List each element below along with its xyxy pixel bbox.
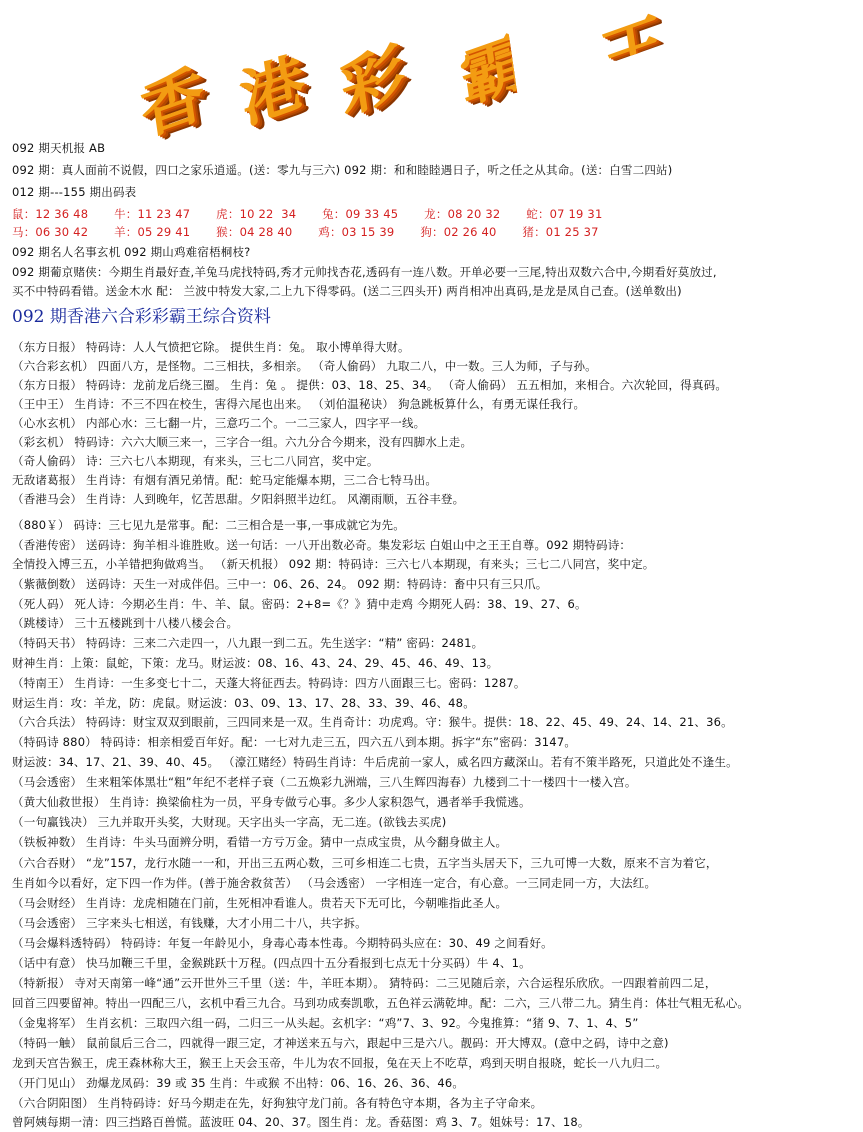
tianjibao-line: 092 期天机报 AB (12, 140, 105, 156)
info-line: （香港传密） 送码诗：狗羊相斗谁胜败。送一句话：一八开出数必奇。集发彩坛 白姐山… (12, 537, 631, 553)
info-line: （东方日报） 特码诗：龙前龙后绕三圈。 生肖：兔 。 提供：03、18、25、3… (12, 377, 727, 393)
info-line: （彩玄机） 特码诗：六六大顺三来一，三字合一组。六九分合今期来，没有四脚水上走。 (12, 434, 472, 450)
info-line: （马会透密） 生来粗笨体黑壮“粗”年纪不老样子衰（二五焕彩九洲端，三八生辉四海春… (12, 774, 637, 790)
info-line: （话中有意） 快马加鞭三千里，金猴跳跃十万程。(四点四十五分看报到七点无十分买码… (12, 955, 531, 971)
banner-char: 彩 (334, 21, 410, 132)
info-line: （香港马会） 生肖诗：人到晚年，忆苦思甜。夕阳斜照半边红。 风潮雨顺，五谷丰登。 (12, 491, 464, 507)
info-line: （特码天书） 特码诗：三来二六走四一，八九跟一到二五。先生送字：“精” 密码：2… (12, 635, 483, 651)
info-line: （六合兵法） 特码诗：财宝双双到眼前，三四同来是一双。生肖奇计：功虎鸡。守：猴牛… (12, 714, 733, 730)
info-line: （紫薇倒数） 送码诗：天生一对成伴侣。三中一：06、26、24。 092 期：特… (12, 576, 548, 592)
info-line: 龙到天宫告猴王，虎王森林称大王，猴王上天会玉帝，牛儿为农不回报，兔在天上不吃草，… (12, 1055, 667, 1071)
zodiac-entry: 龙：08 20 32 (424, 206, 500, 222)
banner-char: 霸 (454, 11, 530, 122)
zodiac-entry: 狗：02 26 40 (420, 224, 496, 240)
zodiac-row-2: 马：06 30 42 羊：05 29 41 猴：04 28 40 鸡：03 15… (12, 224, 621, 240)
info-line: （东方日报） 特码诗：人人气愤把它除。 提供生肖：兔。 取小博单得大财。 (12, 339, 410, 355)
zodiac-entry: 牛：11 23 47 (114, 206, 190, 222)
info-line: （死人码） 死人诗：今期必生肖：牛、羊、鼠。密码：2+8=《？》猜中走鸡 今期死… (12, 596, 587, 612)
info-line: （马会透密） 三字来头七相送，有钱赚，大才小用二十八，共字拆。 (12, 915, 367, 931)
info-line: 无敌诸葛报） 生肖诗：有烟有酒兄弟情。配：蛇马定能爆本期，三二合七特马出。 (12, 472, 437, 488)
info-line: 财神生肖：上策：鼠蛇，下策：龙马。财运波：08、16、43、24、29、45、4… (12, 655, 498, 671)
zodiac-entry: 猪：01 25 37 (522, 224, 598, 240)
info-line: （奇人偷码） 诗：三六七八本期现，有来头，三七二八同宫，奖中定。 (12, 453, 379, 469)
zodiac-entry: 虎：10 22 34 (216, 206, 296, 222)
info-line: （六合吞财） “龙”157，龙行水随一一和，开出三五两心数，三可乡相连二七贵，五… (12, 855, 718, 871)
info-line: （开门见山） 劲爆龙凤码：39 或 35 生肖：牛或猴 不出特：06、16、26… (12, 1075, 464, 1091)
gambler-poem-line-1: 092 期葡京赌侠：今期生肖最好查,羊兔马虎找特码,秀才元帅找杏花,透码有一连八… (12, 264, 717, 280)
info-line: （王中王） 生肖诗：不三不四在校生，害得六尾也出来。 （刘伯温秘诀） 狗急跳板算… (12, 396, 585, 412)
banner-char: 香 (134, 43, 210, 154)
info-line: （跳楼诗） 三十五楼跳到十八楼八楼会合。 (12, 615, 238, 631)
info-line: 财运波：34、17、21、39、40、45。 （濠江赌经）特码生肖诗：牛后虎前一… (12, 754, 738, 770)
info-line: （特南王） 生肖诗：一生多变七十二，天蓬大将征西去。特码诗：四方八面跟三七。密码… (12, 675, 526, 691)
info-line: （金鬼将军） 生肖玄机：三取四六组一码，二归三一从头起。玄机字：“鸡”7、3、9… (12, 1015, 639, 1031)
info-line: （铁板神数） 生肖诗：牛头马面辨分明，看错一方亏万金。猜中一点成宝贵，从今翻身做… (12, 834, 507, 850)
zodiac-entry: 猴：04 28 40 (216, 224, 292, 240)
info-line: （六合彩玄机） 四面八方，是怪物。二三相扶，多相亲。 （奇人偷码） 九取二八，中… (12, 358, 597, 374)
banner-char: 王 (594, 0, 670, 101)
info-line: （黄大仙救世报） 生肖诗：换梁偷柱为一员，平身专做亏心事。多少人家积怨气，遇者举… (12, 794, 531, 810)
section-title: 092 期香港六合彩彩霸王综合资料 (12, 302, 271, 327)
zodiac-entry: 兔：09 33 45 (322, 206, 398, 222)
info-line: （心水玄机） 内部心水：三七翻一片，三意巧二个。一二三家人，四字平一线。 (12, 415, 425, 431)
info-line: 回首三四要留神。特出一四配三八，玄机中看三九合。马到功成奏凯歌，五色祥云满乾坤。… (12, 995, 749, 1011)
info-line: 财运生肖：攻：羊龙，防：虎鼠。财运波：03、09、13、17、28、33、39、… (12, 695, 475, 711)
info-line: （一句赢钱决） 三九并取开头奖，大财现。天字出头一字高，无二连。(欲钱去买虎) (12, 814, 446, 830)
zodiac-entry: 马：06 30 42 (12, 224, 88, 240)
banner-char: 港 (234, 31, 310, 142)
zodiac-entry: 鼠：12 36 48 (12, 206, 88, 222)
banner-logo: 香 港 彩 霸 王 (0, 0, 863, 138)
zodiac-entry: 蛇：07 19 31 (526, 206, 602, 222)
info-line: （马会财经） 生肖诗：龙虎相随在门前，生死相冲看谁人。贵若天下无可比，今朝唯指此… (12, 895, 507, 911)
info-line: （特码诗 880） 特码诗：相亲相爱百年好。配：一七对九走三五，四六五八到本期。… (12, 734, 576, 750)
info-line: 曾阿姨每期一清：四三挡路百兽慌。蓝波旺 04、20、37。图生肖：龙。香菇图：鸡… (12, 1114, 590, 1130)
code-table-heading: 012 期---155 期出码表 (12, 184, 136, 200)
info-line: 生肖如今以看好，定下四一作为伴。(善于施舍救贫苦） （马会透密） 一字相连一定合… (12, 875, 656, 891)
info-line: （马会爆料透特码） 特码诗：年复一年龄见小，身毒心毒本性毒。今期特码头应在：30… (12, 935, 553, 951)
period-poem-line: 092 期：真人面前不说假，四口之家乐逍遥。(送：零九与三六) 092 期：和和… (12, 162, 672, 178)
info-line: （六合阴阳图） 生肖特码诗：好马今期走在先，好狗独守龙门前。各有特色守本期，各为… (12, 1095, 542, 1111)
gambler-poem-line-2: 买不中特码看错。送金木水 配： 兰波中特发大家,二上九下得零码。(送二三四头开)… (12, 283, 682, 299)
zodiac-entry: 羊：05 29 41 (114, 224, 190, 240)
info-line: （880￥） 码诗：三七见九是常事。配：二三相合是一事,一事成就它为先。 (12, 517, 405, 533)
info-line: 全情投入博三五，小羊错把狗做鸡当。 （新天机报） 092 期：特码诗：三六七八本… (12, 556, 655, 572)
info-line: （特码一触） 鼠前鼠后三合二，四就得一跟三定，才神送来五与六，跟起中三是六八。靓… (12, 1035, 669, 1051)
zodiac-row-1: 鼠：12 36 48 牛：11 23 47 虎：10 22 34 兔：09 33… (12, 206, 624, 222)
zodiac-entry: 鸡：03 15 39 (318, 224, 394, 240)
info-line: （特新报） 寺对天南第一峰“通”云开世外三千里（送：牛，羊旺本期）。 猜特码：二… (12, 975, 717, 991)
famous-mystery-line: 092 期名人名事玄机 092 期山鸡难宿梧桐枝? (12, 244, 250, 260)
